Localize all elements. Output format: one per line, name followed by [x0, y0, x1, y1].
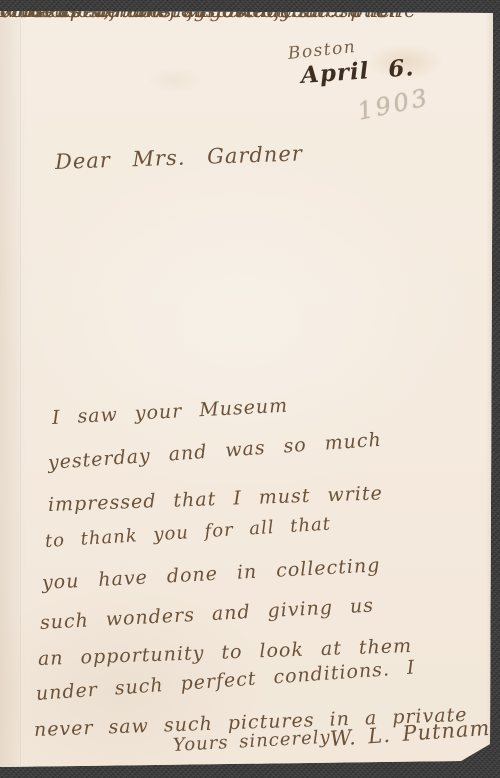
letter-page: Boston April 6. 1903 Dear Mrs. Gardner I…: [0, 0, 500, 778]
scan-background-mat: Boston April 6. 1903 Dear Mrs. Gardner I…: [0, 0, 500, 778]
letter-line: yesterday and was so much: [47, 429, 382, 474]
letter-line: such wonders and giving us: [39, 595, 374, 634]
letter-line: ormous debt of gratitude: [0, 0, 292, 22]
salutation: Dear Mrs. Gardner: [55, 141, 304, 174]
letter-line: to thank you for all that: [44, 514, 331, 552]
letter-line: you have done in collecting: [41, 554, 380, 594]
fold-crease: [20, 11, 23, 766]
year-pencil-annotation: 1903: [355, 83, 432, 126]
letter-line: I saw your Museum: [51, 395, 288, 429]
letter-line: impressed that I must write: [48, 482, 384, 516]
